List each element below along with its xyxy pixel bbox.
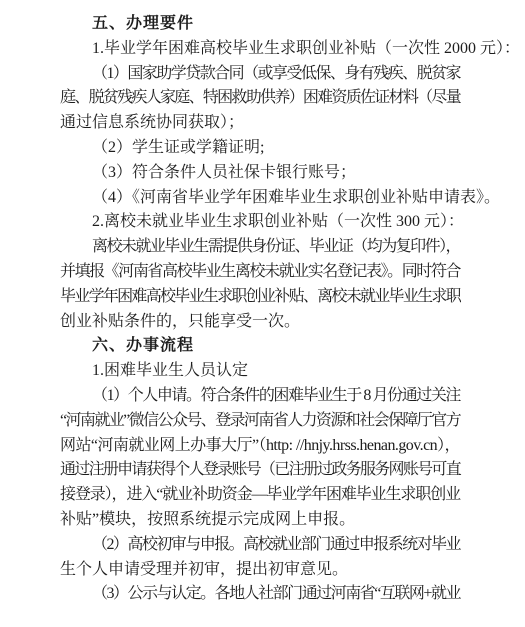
text-line-content: 通过信息系统协同获取）； (60, 114, 244, 131)
text-line-content: 创业补贴条件的，只能享受一次。 (60, 313, 300, 330)
text-line-content: 生个人申请受理并初审，提出初审意见。 (60, 561, 348, 578)
text-line: 补贴”模块，按照系统提示完成网上申报。 (60, 508, 460, 533)
section-heading: 五、办理要件 (60, 12, 460, 37)
text-line-content: 并填报《河南省高校毕业生离校未就业实名登记表》。同时符合 (60, 263, 460, 280)
text-line-content: 补贴”模块，按照系统提示完成网上申报。 (60, 511, 355, 528)
text-line-content: （1）国家助学贷款合同（或享受低保、身有残疾、脱贫家 (92, 65, 460, 82)
text-line-content: （4）《河南省毕业学年困难毕业生求职创业补贴申请表》。 (92, 189, 500, 206)
text-line: （3）公示与认定。各地人社部门通过河南省“互联网+就业 (60, 582, 460, 607)
text-line: 离校未就业毕业生需提供身份证、毕业证（均为复印件）， (60, 235, 460, 260)
section-heading: 六、办事流程 (60, 334, 460, 359)
document-page: 五、办理要件1.毕业学年困难高校毕业生求职创业补贴（一次性 2000 元）：（1… (0, 0, 525, 627)
text-line-content: 六、办事流程 (92, 337, 194, 354)
document-body: 五、办理要件1.毕业学年困难高校毕业生求职创业补贴（一次性 2000 元）：（1… (60, 12, 460, 607)
text-line-content: “河南就业”微信公众号、登录河南省人力资源和社会保障厅官方 (60, 412, 460, 429)
text-line-content: 通过注册申请获得个人登录账号（已注册过政务服务网账号可直 (60, 461, 460, 478)
text-line-content: 毕业学年困难高校毕业生求职创业补贴、离校未就业毕业生求职 (60, 288, 460, 305)
text-line: 1.困难毕业生人员认定 (60, 359, 460, 384)
text-line: 通过注册申请获得个人登录账号（已注册过政务服务网账号可直 (60, 458, 460, 483)
text-line: （1）国家助学贷款合同（或享受低保、身有残疾、脱贫家 (60, 62, 460, 87)
text-line-content: 接登录），进入“就业补助资金—毕业学年困难毕业生求职创业 (60, 486, 460, 503)
text-line: （3）符合条件人员社保卡银行账号； (60, 161, 460, 186)
text-line: 庭、脱贫残疾人家庭、特困救助供养）困难资质佐证材料（尽量 (60, 86, 460, 111)
text-line: 生个人申请受理并初审，提出初审意见。 (60, 558, 460, 583)
text-line-content: 1.困难毕业生人员认定 (92, 362, 248, 379)
text-line-content: （3）符合条件人员社保卡银行账号； (92, 164, 356, 181)
text-line-content: 2.离校未就业毕业生求职创业补贴（一次性 300 元）： (92, 213, 464, 230)
text-line-content: （2）高校初审与申报。高校就业部门通过申报系统对毕业 (92, 536, 460, 553)
text-line: （1）个人申请。符合条件的困难毕业生于 8 月份通过关注 (60, 384, 460, 409)
text-line-content: （3）公示与认定。各地人社部门通过河南省“互联网+就业 (92, 585, 460, 602)
text-line-content: 庭、脱贫残疾人家庭、特困救助供养）困难资质佐证材料（尽量 (60, 89, 460, 106)
text-line: （4）《河南省毕业学年困难毕业生求职创业补贴申请表》。 (60, 186, 460, 211)
text-line: 通过信息系统协同获取）； (60, 111, 460, 136)
text-line-content: 网站“河南就业网上办事大厅”（http: //hnjy.hrss.henan.g… (60, 437, 460, 454)
text-line-content: 五、办理要件 (92, 15, 194, 32)
text-line: 并填报《河南省高校毕业生离校未就业实名登记表》。同时符合 (60, 260, 460, 285)
text-line: 1.毕业学年困难高校毕业生求职创业补贴（一次性 2000 元）： (60, 37, 460, 62)
text-line: 创业补贴条件的，只能享受一次。 (60, 310, 460, 335)
text-line-content: 1.毕业学年困难高校毕业生求职创业补贴（一次性 2000 元）： (92, 40, 520, 57)
text-line-content: （1）个人申请。符合条件的困难毕业生于 8 月份通过关注 (92, 387, 460, 404)
text-line-content: 离校未就业毕业生需提供身份证、毕业证（均为复印件）， (92, 238, 460, 255)
text-line: 毕业学年困难高校毕业生求职创业补贴、离校未就业毕业生求职 (60, 285, 460, 310)
text-line: “河南就业”微信公众号、登录河南省人力资源和社会保障厅官方 (60, 409, 460, 434)
text-line-content: （2）学生证或学籍证明; (92, 139, 264, 156)
text-line: 2.离校未就业毕业生求职创业补贴（一次性 300 元）： (60, 210, 460, 235)
text-line: （2）学生证或学籍证明; (60, 136, 460, 161)
text-line: 接登录），进入“就业补助资金—毕业学年困难毕业生求职创业 (60, 483, 460, 508)
text-line: （2）高校初审与申报。高校就业部门通过申报系统对毕业 (60, 533, 460, 558)
text-line: 网站“河南就业网上办事大厅”（http: //hnjy.hrss.henan.g… (60, 434, 460, 459)
